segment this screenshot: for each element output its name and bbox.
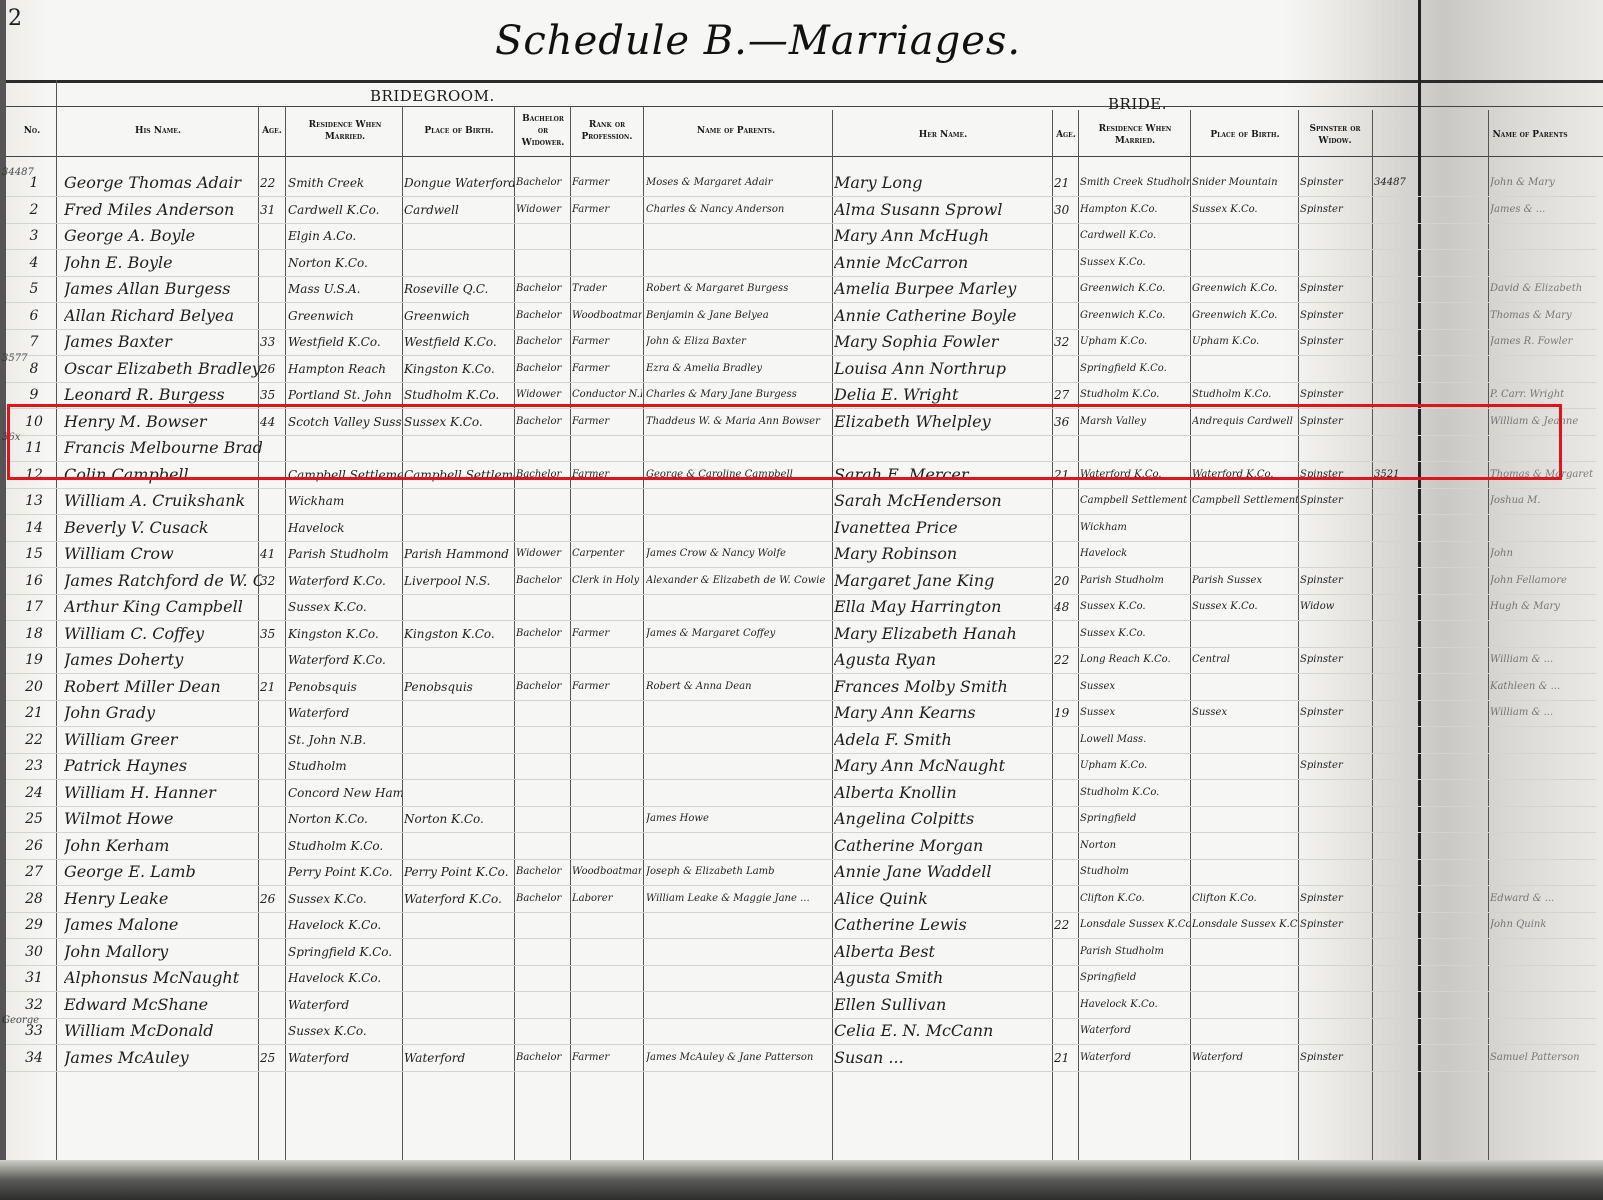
bride-name: Celia E. N. McCann [834,1018,1052,1044]
bride-status: Spinster [1300,886,1370,912]
bride-age [1054,780,1078,806]
table-row: 34James McAuley25WaterfordWaterfordBache… [6,1045,1596,1071]
bride-name: Frances Molby Smith [834,674,1052,700]
bride-name: Margaret Jane King [834,568,1052,594]
groom-status: Widower [516,541,570,567]
bride-age [1054,965,1078,991]
bride-residence: Havelock [1080,541,1190,567]
bride-parents [1490,806,1600,832]
table-row: 18William C. Coffey35Kingston K.Co.Kings… [6,621,1596,647]
groom-age [260,859,284,885]
table-row: 6Allan Richard BelyeaGreenwichGreenwichB… [6,303,1596,329]
bride-age: 21 [1054,170,1078,196]
groom-profession [572,250,642,276]
bride-age: 22 [1054,912,1078,938]
bride-parents: Hugh & Mary [1490,594,1600,620]
groom-profession [572,939,642,965]
groom-residence: Mass U.S.A. [288,276,402,302]
bride-residence: Upham K.Co. [1080,329,1190,355]
entry-number: 24 [14,780,54,806]
groom-residence: Greenwich [288,303,402,329]
entry-number: 5 [14,276,54,302]
bride-parents [1490,250,1600,276]
table-row: 27George E. LambPerry Point K.Co.Perry P… [6,859,1596,885]
header-top-rule [6,80,1603,83]
table-row: 21John GradyWaterfordMary Ann Kearns19Su… [6,700,1596,726]
groom-profession: Farmer [572,170,642,196]
groom-profession [572,912,642,938]
groom-profession: Farmer [572,197,642,223]
groom-age: 31 [260,197,284,223]
margin-note [1374,700,1418,726]
bride-age [1054,488,1078,514]
bride-residence: Lonsdale Sussex K.Co. [1080,912,1190,938]
bride-age [1054,541,1078,567]
groom-parents: Moses & Margaret Adair [646,170,830,196]
bride-birthplace [1192,753,1298,779]
bride-age [1054,356,1078,382]
groom-parents: Robert & Margaret Burgess [646,276,830,302]
margin-note [1374,250,1418,276]
table-row: 29James MaloneHavelock K.Co.Catherine Le… [6,912,1596,938]
groom-profession [572,727,642,753]
bride-birthplace: Sussex K.Co. [1192,197,1298,223]
bride-birthplace: Central [1192,647,1298,673]
groom-age [260,727,284,753]
groom-residence: Sussex K.Co. [288,594,402,620]
bride-parents [1490,1018,1600,1044]
groom-birthplace [404,939,514,965]
groom-parents [646,594,830,620]
bride-name: Ella May Harrington [834,594,1052,620]
groom-name: Wilmot Howe [64,806,262,832]
groom-residence: Cardwell K.Co. [288,197,402,223]
bride-name: Ellen Sullivan [834,992,1052,1018]
bride-name: Sarah McHenderson [834,488,1052,514]
table-row: 22William GreerSt. John N.B.Adela F. Smi… [6,727,1596,753]
bride-status: Spinster [1300,329,1370,355]
bride-age: 32 [1054,329,1078,355]
bride-age [1054,303,1078,329]
bride-parents [1490,992,1600,1018]
groom-name: James Allan Burgess [64,276,262,302]
bride-age [1054,992,1078,1018]
table-row: 2Fred Miles Anderson31Cardwell K.Co.Card… [6,197,1596,223]
bride-name: Alberta Knollin [834,780,1052,806]
groom-residence: Westfield K.Co. [288,329,402,355]
groom-profession: Laborer [572,886,642,912]
bride-age: 22 [1054,647,1078,673]
margin-note [1374,541,1418,567]
bride-residence: Upham K.Co. [1080,753,1190,779]
bride-residence: Sussex K.Co. [1080,594,1190,620]
margin-annotation: 3577 [2,346,52,372]
groom-status [516,594,570,620]
bride-name: Catherine Lewis [834,912,1052,938]
entry-number: 26 [14,833,54,859]
groom-parents [646,250,830,276]
margin-note [1374,727,1418,753]
margin-note [1374,833,1418,859]
groom-name: John Kerham [64,833,262,859]
bride-parents: David & Elizabeth [1490,276,1600,302]
bride-residence: Sussex K.Co. [1080,250,1190,276]
groom-parents: Ezra & Amelia Bradley [646,356,830,382]
margin-note [1374,992,1418,1018]
groom-status: Bachelor [516,1045,570,1071]
bride-parents [1490,833,1600,859]
groom-birthplace: Norton K.Co. [404,806,514,832]
groom-status [516,939,570,965]
groom-name: John Mallory [64,939,262,965]
entry-number: 34 [14,1045,54,1071]
groom-age: 26 [260,356,284,382]
entry-number: 20 [14,674,54,700]
groom-profession: Clerk in Holy Orders [572,568,642,594]
bride-status: Spinster [1300,700,1370,726]
bride-birthplace [1192,674,1298,700]
register-page: 2 Schedule B.—Marriages. BRIDEGROOM. BRI… [0,0,1603,1200]
bride-parents [1490,356,1600,382]
groom-status: Bachelor [516,886,570,912]
bride-age [1054,515,1078,541]
bride-parents [1490,515,1600,541]
table-row: 15William Crow41Parish StudholmParish Ha… [6,541,1596,567]
groom-parents [646,992,830,1018]
groom-birthplace [404,780,514,806]
groom-age [260,965,284,991]
groom-profession: Carpenter [572,541,642,567]
groom-profession [572,515,642,541]
groom-name: James Malone [64,912,262,938]
groom-birthplace [404,965,514,991]
groom-age: 26 [260,886,284,912]
bride-parents: Samuel Patterson [1490,1045,1600,1071]
groom-name: James McAuley [64,1045,262,1071]
groom-age [260,1018,284,1044]
groom-name: George E. Lamb [64,859,262,885]
bride-name: Mary Elizabeth Hanah [834,621,1052,647]
bride-parents [1490,223,1600,249]
bride-name: Agusta Ryan [834,647,1052,673]
bride-parents [1490,859,1600,885]
groom-profession: Farmer [572,329,642,355]
groom-profession [572,992,642,1018]
groom-residence: Hampton Reach [288,356,402,382]
table-row: 19James DohertyWaterford K.Co.Agusta Rya… [6,647,1596,673]
groom-status [516,912,570,938]
groom-residence: Wickham [288,488,402,514]
groom-age: 35 [260,621,284,647]
bride-birthplace [1192,356,1298,382]
groom-name: Arthur King Campbell [64,594,262,620]
groom-parents [646,515,830,541]
groom-age [260,488,284,514]
groom-residence: Waterford [288,700,402,726]
bride-birthplace: Waterford [1192,1045,1298,1071]
groom-status: Bachelor [516,568,570,594]
groom-age [260,806,284,832]
bride-residence: Sussex [1080,674,1190,700]
bride-residence: Norton [1080,833,1190,859]
bride-status [1300,833,1370,859]
bride-name: Catherine Morgan [834,833,1052,859]
groom-age [260,992,284,1018]
bride-status [1300,780,1370,806]
groom-status [516,992,570,1018]
bride-residence: Studholm K.Co. [1080,780,1190,806]
bride-birthplace [1192,727,1298,753]
groom-birthplace [404,1018,514,1044]
bride-residence: Waterford [1080,1018,1190,1044]
groom-status: Bachelor [516,170,570,196]
bride-parents: Joshua M. [1490,488,1600,514]
bride-birthplace [1192,965,1298,991]
bride-parents [1490,621,1600,647]
groom-residence: Parish Studholm [288,541,402,567]
bridegroom-section-label: BRIDEGROOM. [370,87,495,105]
bride-residence: Sussex [1080,700,1190,726]
groom-parents [646,753,830,779]
entry-number: 13 [14,488,54,514]
col-rank-profession: Rank or Profession. [572,108,642,154]
groom-birthplace [404,250,514,276]
bride-parents [1490,753,1600,779]
groom-profession [572,1018,642,1044]
groom-parents [646,833,830,859]
groom-parents: James McAuley & Jane Patterson [646,1045,830,1071]
bride-birthplace: Sussex K.Co. [1192,594,1298,620]
groom-parents: Joseph & Elizabeth Lamb [646,859,830,885]
groom-name: Allan Richard Belyea [64,303,262,329]
groom-profession [572,647,642,673]
bride-birthplace [1192,541,1298,567]
col-her-name: Her Name. [834,112,1052,158]
bride-parents [1490,780,1600,806]
groom-status [516,833,570,859]
bride-birthplace [1192,992,1298,1018]
groom-status [516,780,570,806]
table-row: 4John E. BoyleNorton K.Co.Annie McCarron… [6,250,1596,276]
entry-number: 19 [14,647,54,673]
groom-age [260,515,284,541]
bride-birthplace [1192,833,1298,859]
bride-birthplace: Snider Mountain [1192,170,1298,196]
bride-status [1300,515,1370,541]
bride-name: Annie McCarron [834,250,1052,276]
bride-residence: Lowell Mass. [1080,727,1190,753]
groom-age [260,276,284,302]
bride-status: Spinster [1300,303,1370,329]
bride-parents: Edward & ... [1490,886,1600,912]
bride-parents [1490,939,1600,965]
bride-name: Adela F. Smith [834,727,1052,753]
entry-number: 25 [14,806,54,832]
bride-status: Spinster [1300,488,1370,514]
bride-birthplace [1192,859,1298,885]
groom-residence: Havelock K.Co. [288,965,402,991]
bride-name: Susan ... [834,1045,1052,1071]
groom-name: James Ratchford de W. Cowie [64,568,262,594]
groom-profession [572,965,642,991]
groom-residence: Havelock K.Co. [288,912,402,938]
groom-residence: Springfield K.Co. [288,939,402,965]
groom-status: Bachelor [516,859,570,885]
entry-number: 2 [14,197,54,223]
groom-birthplace: Waterford K.Co. [404,886,514,912]
bride-status [1300,541,1370,567]
groom-name: Patrick Haynes [64,753,262,779]
entry-number: 4 [14,250,54,276]
groom-name: Fred Miles Anderson [64,197,262,223]
bride-status: Spinster [1300,912,1370,938]
table-row: 5James Allan BurgessMass U.S.A.Roseville… [6,276,1596,302]
table-row: 20Robert Miller Dean21PenobsquisPenobsqu… [6,674,1596,700]
groom-birthplace [404,700,514,726]
bride-parents: James R. Fowler [1490,329,1600,355]
bride-age [1054,1018,1078,1044]
col-groom-age: Age. [260,108,284,154]
groom-residence: St. John N.B. [288,727,402,753]
groom-age: 33 [260,329,284,355]
groom-status: Widower [516,197,570,223]
groom-age [260,647,284,673]
groom-profession [572,753,642,779]
entry-number: 16 [14,568,54,594]
groom-name: William McDonald [64,1018,262,1044]
groom-birthplace: Cardwell [404,197,514,223]
bride-birthplace: Clifton K.Co. [1192,886,1298,912]
bride-age: 30 [1054,197,1078,223]
bride-age [1054,939,1078,965]
bride-birthplace: Greenwich K.Co. [1192,303,1298,329]
bride-status [1300,806,1370,832]
bride-section-label: BRIDE. [1108,95,1167,113]
margin-note [1374,1045,1418,1071]
margin-note [1374,276,1418,302]
table-row: 7James Baxter33Westfield K.Co.Westfield … [6,329,1596,355]
margin-note [1374,329,1418,355]
bride-status [1300,674,1370,700]
groom-parents [646,223,830,249]
groom-birthplace: Waterford [404,1045,514,1071]
margin-note [1374,223,1418,249]
groom-parents: James Howe [646,806,830,832]
groom-profession: Farmer [572,674,642,700]
groom-age [260,780,284,806]
groom-status [516,647,570,673]
margin-note [1374,965,1418,991]
entry-number: 17 [14,594,54,620]
groom-age [260,833,284,859]
margin-note [1374,753,1418,779]
groom-status [516,250,570,276]
groom-birthplace [404,488,514,514]
margin-note [1374,939,1418,965]
table-row: 8Oscar Elizabeth Bradley26Hampton ReachK… [6,356,1596,382]
bride-parents: William & ... [1490,647,1600,673]
margin-annotation: 34487 [2,160,52,186]
page-title: Schedule B.—Marriages. [495,18,1021,64]
groom-profession [572,700,642,726]
bride-birthplace [1192,515,1298,541]
bride-name: Amelia Burpee Marley [834,276,1052,302]
groom-birthplace [404,753,514,779]
col-bride-age: Age. [1054,112,1078,158]
groom-residence: Penobsquis [288,674,402,700]
bride-age [1054,674,1078,700]
groom-name: Oscar Elizabeth Bradley [64,356,262,382]
bride-status [1300,965,1370,991]
entry-number: 22 [14,727,54,753]
groom-name: John Grady [64,700,262,726]
table-row: 32Edward McShaneWaterfordEllen SullivanH… [6,992,1596,1018]
bride-age [1054,753,1078,779]
groom-age [260,594,284,620]
groom-status [516,488,570,514]
groom-birthplace: Kingston K.Co. [404,356,514,382]
groom-birthplace: Penobsquis [404,674,514,700]
bride-parents: William & ... [1490,700,1600,726]
groom-name: William A. Cruikshank [64,488,262,514]
groom-parents [646,780,830,806]
col-groom-residence: Residence When Married. [288,108,402,154]
entry-number: 14 [14,515,54,541]
bride-age [1054,886,1078,912]
table-row: 24William H. HannerConcord New Hampshire… [6,780,1596,806]
bride-name: Mary Robinson [834,541,1052,567]
groom-profession: Farmer [572,621,642,647]
groom-parents [646,1018,830,1044]
groom-age [260,223,284,249]
groom-name: Henry Leake [64,886,262,912]
groom-profession: Woodboatman [572,859,642,885]
bride-residence: Cardwell K.Co. [1080,223,1190,249]
bride-status: Spinster [1300,170,1370,196]
groom-parents: Charles & Nancy Anderson [646,197,830,223]
groom-name: Alphonsus McNaught [64,965,262,991]
col-spinster-widow: Spinster or Widow. [1300,112,1370,158]
bride-status [1300,356,1370,382]
groom-age: 41 [260,541,284,567]
groom-parents [646,700,830,726]
margin-note [1374,488,1418,514]
groom-birthplace: Roseville Q.C. [404,276,514,302]
groom-age [260,939,284,965]
margin-note [1374,568,1418,594]
table-row: 30John MallorySpringfield K.Co.Alberta B… [6,939,1596,965]
bride-birthplace: Upham K.Co. [1192,329,1298,355]
table-row: 28Henry Leake26Sussex K.Co.Waterford K.C… [6,886,1596,912]
bride-parents: Thomas & Mary [1490,303,1600,329]
table-row: 17Arthur King CampbellSussex K.Co.Ella M… [6,594,1596,620]
bride-status: Spinster [1300,647,1370,673]
groom-parents [646,727,830,753]
entry-number: 23 [14,753,54,779]
bride-parents [1490,727,1600,753]
highlighted-entries-box [7,404,1562,480]
groom-profession [572,833,642,859]
groom-age [260,303,284,329]
groom-age [260,753,284,779]
groom-residence: Norton K.Co. [288,250,402,276]
bride-age: 48 [1054,594,1078,620]
margin-note [1374,303,1418,329]
groom-parents [646,488,830,514]
entry-number: 15 [14,541,54,567]
margin-note [1374,859,1418,885]
groom-profession [572,488,642,514]
